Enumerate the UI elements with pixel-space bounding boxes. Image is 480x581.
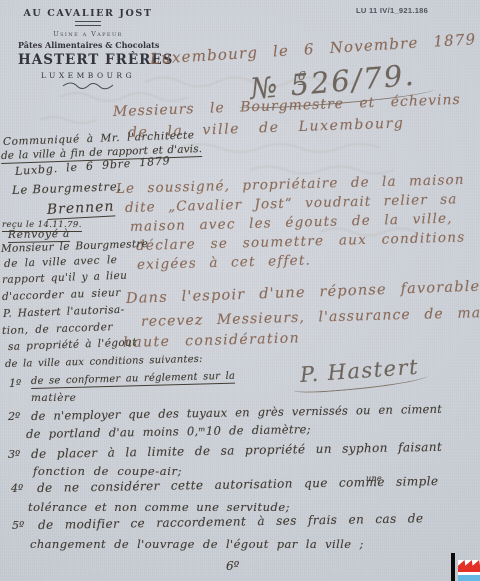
letterhead-subtitle-1: Usine a Vapeur (18, 30, 158, 38)
condition-5-line-1: de modifier ce raccordement à ses frais … (38, 511, 424, 532)
margin-referral-line-8: sa propriété à l'égout (8, 337, 137, 353)
body-line-5: exigées à cet effet. (137, 252, 311, 273)
condition-1-line-2: matière (31, 392, 76, 404)
margin-official-signature: Brennen (47, 198, 115, 220)
condition-6-number: 6º (226, 559, 239, 573)
closing-line-1: Dans l'espoir d'une réponse favorable (126, 279, 480, 307)
condition-1-number: 1º (9, 377, 21, 390)
factory-blue-band (458, 575, 480, 581)
letterhead-city: LUXEMBOURG (18, 71, 158, 80)
letterhead-shop-name: AU CAVALIER JOST (18, 8, 158, 19)
condition-5-line-2: changement de l'ouvrage de l'égout par l… (30, 537, 364, 551)
condition-5-number: 5º (12, 519, 24, 532)
factory-icon (458, 560, 480, 581)
condition-2-number: 2º (8, 410, 20, 423)
closing-line-2: recevez Messieurs, l'assurance de ma (141, 305, 480, 330)
margin-referral-line-7: tion, de raccorder (2, 321, 113, 337)
margin-transmittal-line-4: Le Bourgmestre, (12, 179, 122, 197)
margin-referral-line-6: P. Hastert l'autorisa- (3, 304, 125, 320)
condition-1-line-1: de se conformer au réglement sur la (31, 371, 235, 389)
condition-4-number: 4º (11, 482, 23, 495)
scanned-letter-page: AU CAVALIER JOST Usine a Vapeur Pâtes Al… (0, 0, 480, 581)
chimney-icon (451, 553, 455, 581)
condition-2-line-1: de n'employer que des tuyaux en grès ver… (31, 402, 442, 423)
factory-roof-icon (458, 560, 480, 572)
archive-reference: LU 11 IV/1_921.186 (356, 6, 428, 15)
dateline: Luxembourg le 6 Novembre 1879 (149, 30, 476, 68)
letterhead-subtitle-2: Pâtes Alimentaires & Chocolats (18, 40, 158, 50)
margin-referral-line-4: rapport qu'il y a lieu (2, 270, 128, 286)
margin-referral-line-3: de la ville avec le (4, 254, 118, 270)
condition-2-line-2: de portland d'au moins 0,ᵐ10 de diamètre… (26, 422, 311, 441)
condition-4-line-2: tolérance et non comme une servitude; (28, 500, 290, 514)
letterhead-divider (75, 21, 101, 26)
margin-referral-line-5: d'accorder au sieur (2, 287, 121, 303)
condition-4-insertion: une (366, 474, 382, 483)
condition-3-line-2: fonction de coupe-air; (33, 464, 182, 478)
industrie-watermark-logo (449, 552, 480, 581)
letterhead-company-name: HASTERT FRÈRES (18, 52, 158, 68)
letterhead: AU CAVALIER JOST Usine a Vapeur Pâtes Al… (18, 8, 158, 91)
condition-3-line-1: de placer à la limite de sa propriété un… (31, 440, 442, 461)
letterhead-flourish (61, 81, 115, 91)
margin-referral-line-9: de la ville aux conditions suivantes: (5, 354, 203, 370)
closing-line-3: haute considération (123, 330, 300, 351)
condition-3-number: 3º (8, 448, 20, 461)
